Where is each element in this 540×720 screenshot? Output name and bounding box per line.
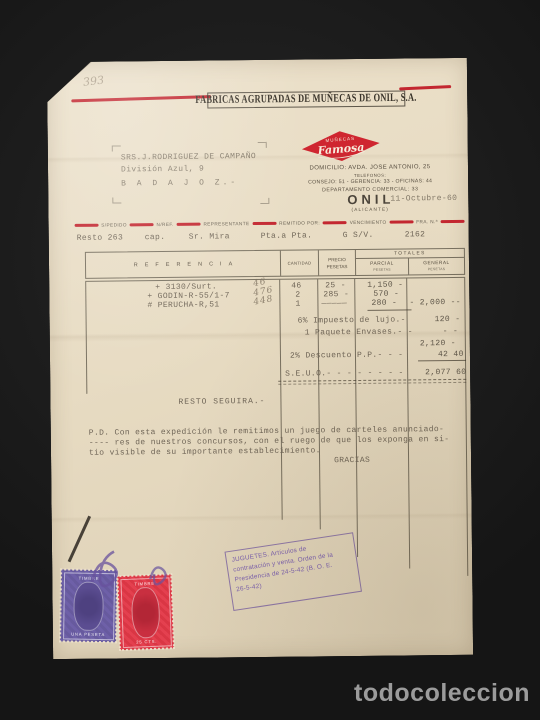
company-province: (ALICANTE) bbox=[351, 207, 389, 212]
double-dashed-rule bbox=[278, 379, 466, 385]
recipient-name: SRS.J.RODRIGUEZ DE CAMPAÑO bbox=[121, 152, 256, 162]
item-precio: 25 - bbox=[325, 281, 346, 290]
red-dash bbox=[252, 222, 276, 224]
famosa-logo: MUÑECAS Famosa bbox=[301, 127, 381, 165]
red-dash bbox=[441, 220, 465, 222]
item-cantidad: 1 bbox=[295, 300, 300, 309]
red-dash bbox=[75, 224, 99, 226]
coat-of-arms-icon bbox=[74, 581, 104, 630]
subtotal-value: 2,120 - bbox=[420, 339, 456, 348]
package-line-text: 1 Paquete Envases.- - bbox=[305, 327, 413, 337]
band-label-ref: N/REF. bbox=[157, 222, 174, 227]
column-line bbox=[464, 278, 468, 576]
company-address: DOMICILIO: AVDA. JOSE ANTONIO, 25 bbox=[276, 164, 464, 172]
underline bbox=[418, 360, 466, 362]
band-value-pedido: Resto 263 bbox=[77, 233, 123, 242]
item-precio: 285 - bbox=[323, 290, 349, 299]
discount-value: 42 40 bbox=[438, 350, 464, 359]
pd-line: tio visible de su importante establecimi… bbox=[89, 446, 321, 457]
item-precio: ————— bbox=[321, 299, 347, 308]
header-general-sub: PESETAS bbox=[428, 267, 446, 271]
gracias-note: GRACIAS bbox=[334, 456, 370, 465]
fiscal-stamp-red: TIMBRE 25 CTS. bbox=[117, 574, 174, 650]
header-precio: PRECIO PESETAS bbox=[318, 250, 355, 275]
red-dash bbox=[130, 224, 154, 226]
red-dash bbox=[390, 221, 414, 223]
band-label-factura: FRA. N.ª bbox=[416, 219, 438, 224]
band-label-vencimiento: VENCIMIENTO bbox=[350, 220, 387, 225]
package-line-value: - - bbox=[443, 327, 459, 336]
item-cantidad: 46 bbox=[291, 282, 301, 291]
table-header: REFERENCIA CANTIDAD PRECIO PESETAS TOTAL… bbox=[85, 248, 465, 279]
band-label-remitido: REMITIDO POR: bbox=[279, 220, 320, 225]
band-value-vencimiento: G S/V. bbox=[343, 231, 374, 240]
stamp-value-text: 25 CTS. bbox=[136, 638, 157, 644]
phones-line: CONSEJO: 51 - GERENCIA: 33 - OFICINAS: 4… bbox=[276, 178, 464, 186]
red-rule-right bbox=[399, 85, 451, 90]
band-value-ref: cap. bbox=[145, 233, 166, 242]
item-parcial: 1,150 - bbox=[367, 280, 403, 289]
fiscal-stamp-purple: TIMBRE UNA PESETA bbox=[60, 569, 117, 642]
company-info: DOMICILIO: AVDA. JOSE ANTONIO, 25 TELEFO… bbox=[276, 164, 464, 193]
column-line bbox=[406, 278, 410, 568]
band-value-factura: 2162 bbox=[405, 230, 426, 239]
band-label-representante: REPRESENTANTE bbox=[203, 221, 249, 226]
band-label-pedido: S/PEDIDO bbox=[101, 222, 127, 227]
underline bbox=[367, 309, 411, 310]
bracket-icon bbox=[112, 145, 121, 151]
header-precio-top: PRECIO bbox=[328, 257, 346, 262]
header-parcial-sub: PESETAS bbox=[373, 268, 391, 272]
header-parcial-label: PARCIAL bbox=[370, 262, 394, 267]
table-body: + 3130/Surt. 46 46 25 - 1,150 - + GODIN-… bbox=[85, 277, 468, 581]
coat-of-arms-icon bbox=[131, 586, 161, 638]
recipient-city: B A D A J O Z.- bbox=[121, 178, 256, 188]
total-value: 2,077 60 bbox=[425, 368, 466, 377]
band-value-remitido: Pta.a Pta. bbox=[261, 231, 313, 241]
photo-background: 393 FABRICAS AGRUPADAS DE MUÑECAS DE ONI… bbox=[0, 0, 540, 720]
header-totales-group: TOTALES PARCIAL PESETAS GENERAL PESETAS bbox=[355, 249, 464, 275]
seuo-text: S.E.U.O.- - - - - - - - bbox=[285, 368, 404, 378]
header-parcial: PARCIAL PESETAS bbox=[356, 258, 408, 275]
stamp-top-text: TIMBRE bbox=[79, 575, 100, 580]
recipient-block: SRS.J.RODRIGUEZ DE CAMPAÑO División Azul… bbox=[121, 152, 257, 188]
item-parcial: 280 - bbox=[371, 299, 397, 308]
invoice-date: 11-Octubre-60 bbox=[390, 194, 457, 204]
item-handwritten: 448 bbox=[253, 294, 275, 308]
item-parcial: 570 - bbox=[373, 290, 399, 299]
item-ref: # PERUCHA-R,51 bbox=[147, 300, 219, 310]
column-line bbox=[279, 280, 283, 520]
discount-text: 2% Descuento P.P.- - - bbox=[290, 350, 403, 360]
company-title-box: FABRICAS AGRUPADAS DE MUÑECAS DE ONIL, S… bbox=[207, 90, 405, 108]
shipping-band: S/PEDIDO N/REF. REPRESENTANTE REMITIDO P… bbox=[75, 219, 465, 228]
item-cantidad: 2 bbox=[295, 291, 300, 300]
tax-line-value: 120 - bbox=[435, 315, 461, 324]
red-dash bbox=[323, 221, 347, 223]
stamp-value-text: UNA PESETA bbox=[71, 631, 105, 637]
resto-note: RESTO SEGUIRA.- bbox=[178, 397, 265, 407]
company-city: ONIL bbox=[347, 192, 394, 207]
watermark: todocoleccion bbox=[354, 679, 530, 708]
recipient-street: División Azul, 9 bbox=[121, 164, 256, 174]
header-cantidad: CANTIDAD bbox=[280, 250, 318, 275]
red-rule-left bbox=[71, 95, 211, 102]
bracket-icon bbox=[260, 198, 269, 204]
header-precio-sub: PESETAS bbox=[327, 264, 348, 269]
invoice-sheet: 393 FABRICAS AGRUPADAS DE MUÑECAS DE ONI… bbox=[47, 58, 473, 659]
bracket-icon bbox=[112, 197, 121, 203]
column-line bbox=[85, 282, 87, 394]
stamp-top-text: TIMBRE bbox=[134, 580, 155, 586]
header-general: GENERAL PESETAS bbox=[408, 258, 464, 275]
pencil-number: 393 bbox=[82, 74, 104, 89]
header-general-label: GENERAL bbox=[423, 261, 449, 266]
tax-line-text: 6% Impuesto de lujo.- bbox=[298, 315, 406, 325]
company-title: FABRICAS AGRUPADAS DE MUÑECAS DE ONIL, S… bbox=[196, 92, 417, 106]
band-value-representante: Sr. Mira bbox=[189, 232, 230, 241]
red-dash bbox=[177, 223, 201, 225]
item-general: - 2,000 -- bbox=[409, 298, 461, 308]
header-referencia: REFERENCIA bbox=[86, 251, 280, 278]
bracket-icon bbox=[258, 142, 267, 148]
